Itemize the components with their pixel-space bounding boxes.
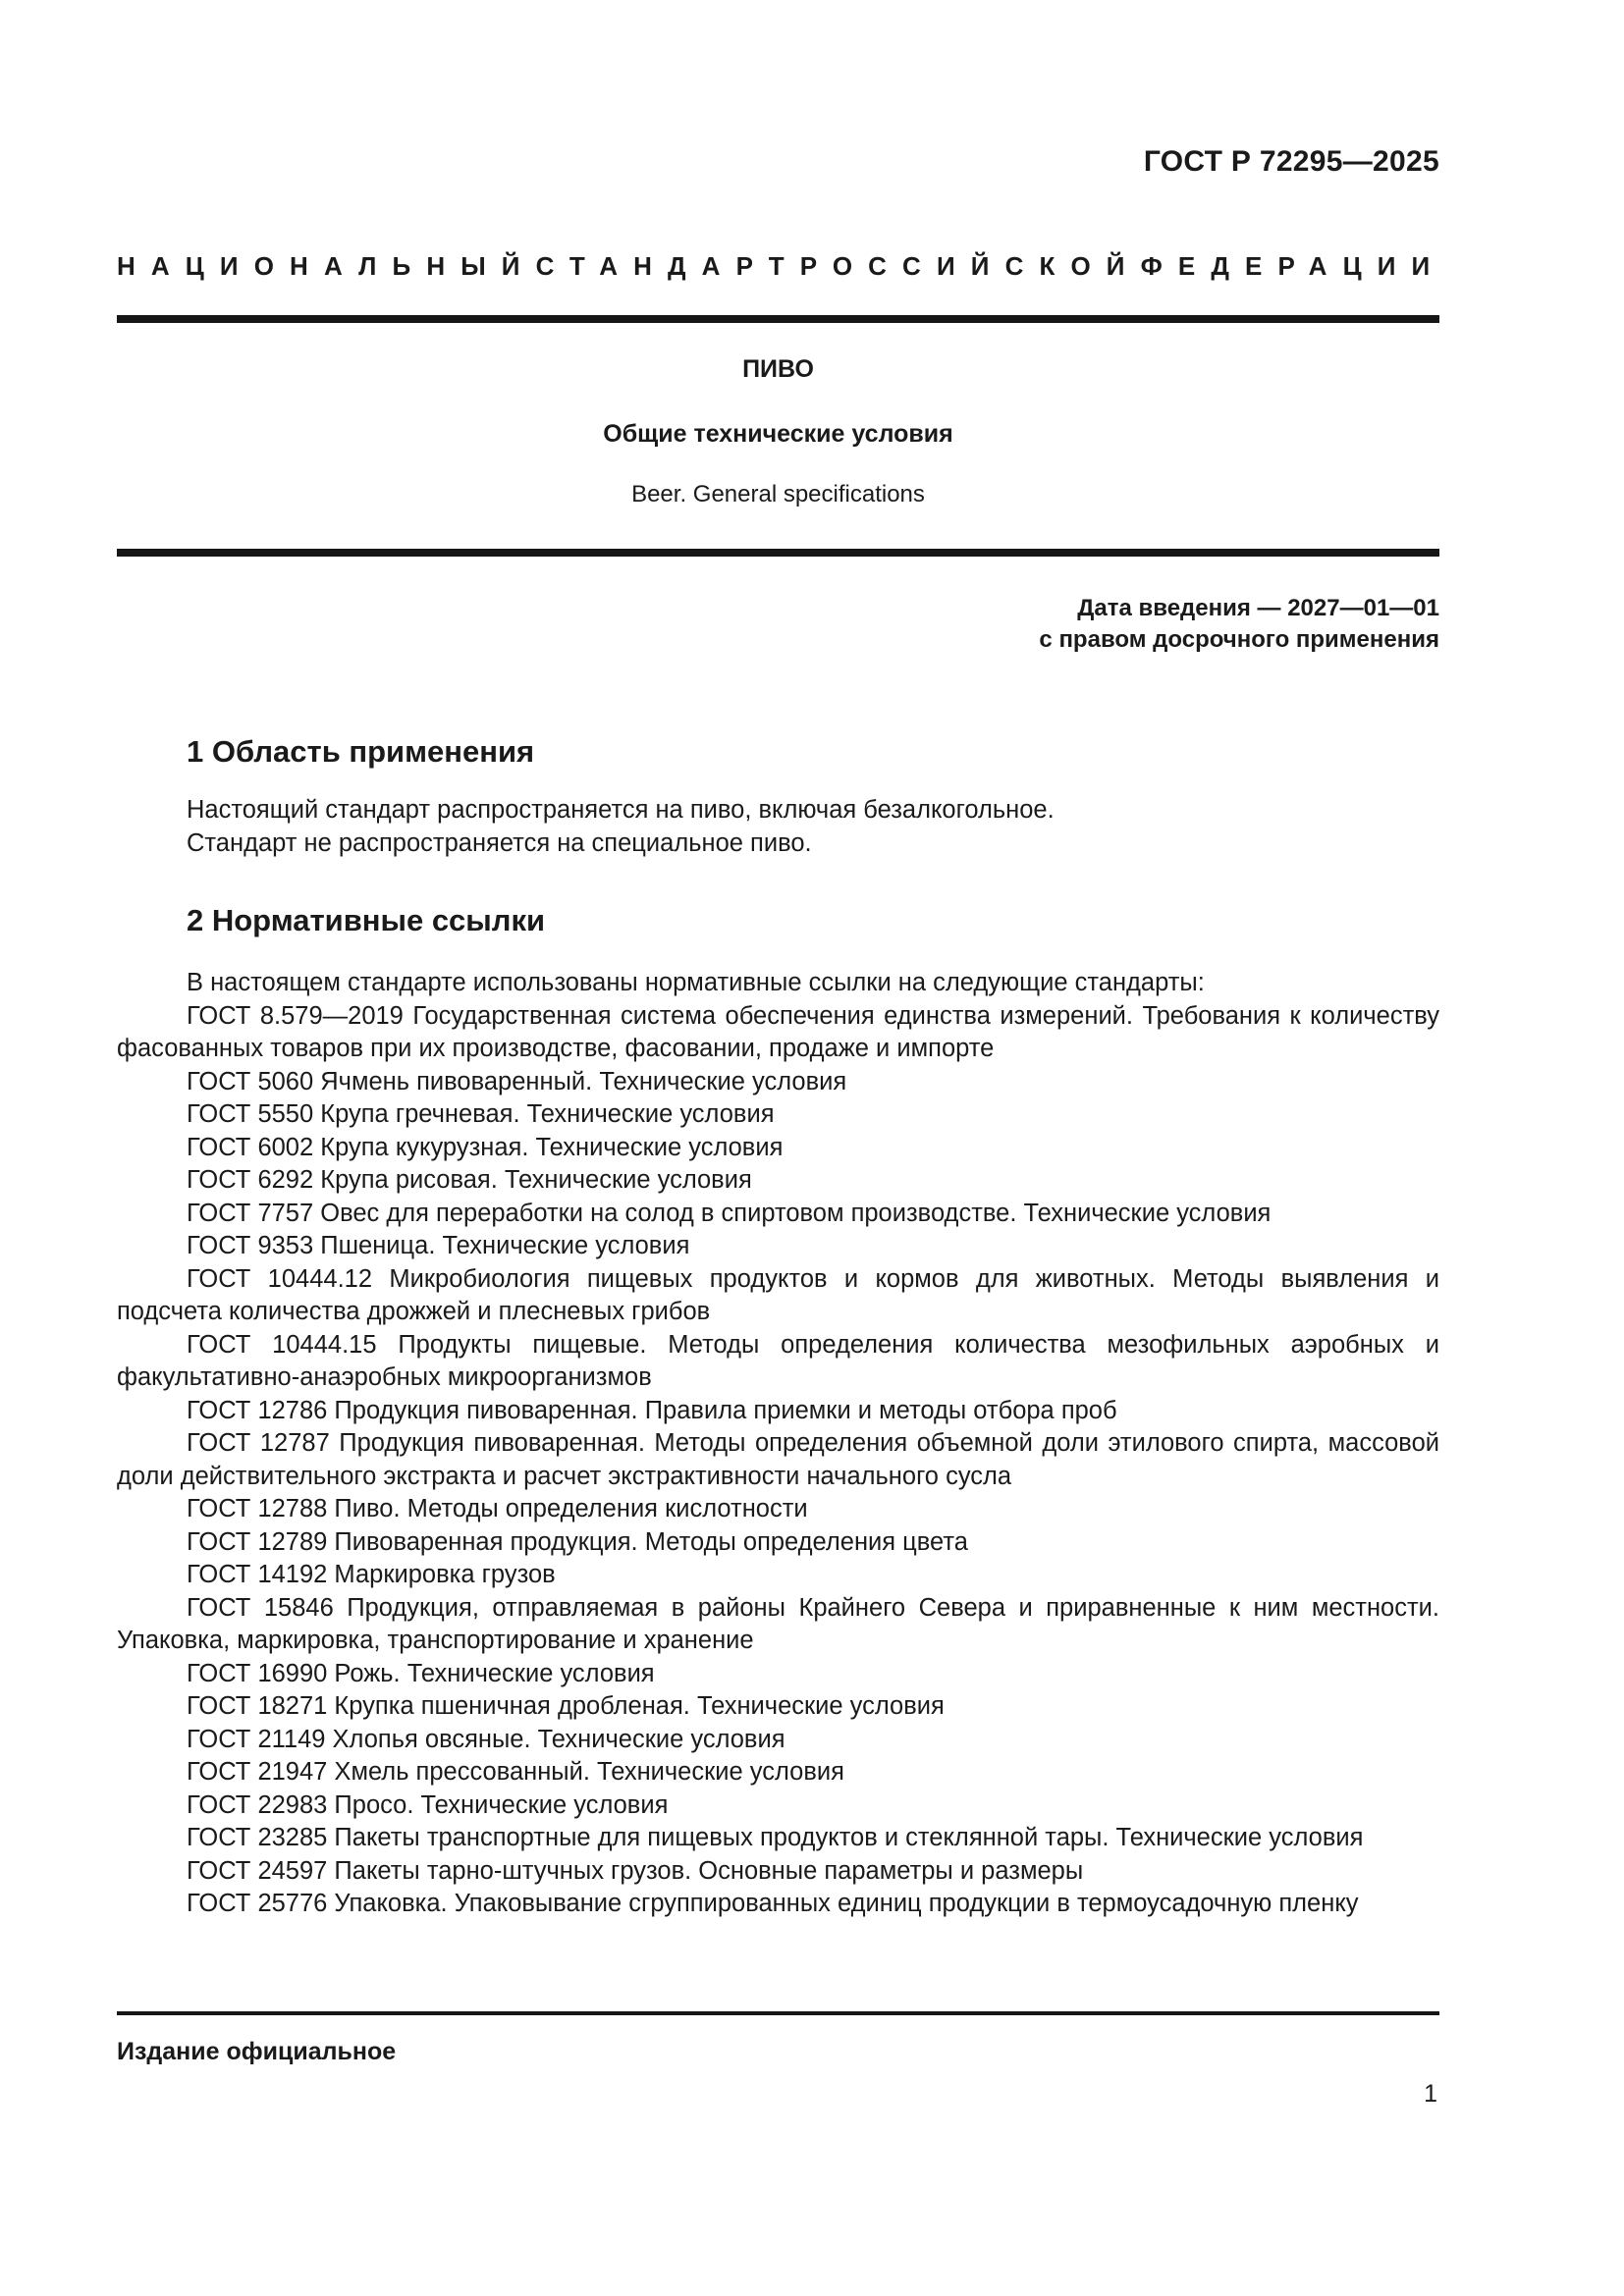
footer-divider [117, 2011, 1439, 2015]
reference-items: ГОСТ 8.579—2019 Государственная система … [117, 1000, 1439, 1921]
reference-item: ГОСТ 22983 Просо. Технические условия [117, 1789, 1439, 1823]
reference-item: ГОСТ 10444.15 Продукты пищевые. Методы о… [117, 1329, 1439, 1395]
reference-item: ГОСТ 24597 Пакеты тарно-штучных грузов. … [117, 1855, 1439, 1889]
references-intro: В настоящем стандарте использованы норма… [117, 967, 1439, 1000]
reference-item: ГОСТ 21149 Хлопья овсяные. Технические у… [117, 1724, 1439, 1757]
references-list: В настоящем стандарте использованы норма… [117, 967, 1439, 1921]
effective-date-block: Дата введения — 2027—01—01 с правом доср… [1039, 593, 1439, 656]
reference-item: ГОСТ 9353 Пшеница. Технические условия [117, 1230, 1439, 1263]
reference-item: ГОСТ 10444.12 Микробиология пищевых прод… [117, 1263, 1439, 1329]
english-title: Beer. General specifications [117, 481, 1439, 508]
standard-type-word: СТАНДАРТ [536, 251, 800, 282]
document-title: ПИВО [117, 355, 1439, 384]
early-application-note: с правом досрочного применения [1039, 624, 1439, 656]
section-heading-scope: 1 Область применения [187, 734, 534, 770]
reference-item: ГОСТ 8.579—2019 Государственная система … [117, 1000, 1439, 1066]
standard-type-line: НАЦИОНАЛЬНЫЙ СТАНДАРТ РОССИЙСКОЙ ФЕДЕРАЦ… [117, 251, 1439, 282]
document-id: ГОСТ Р 72295—2025 [1144, 145, 1439, 179]
reference-item: ГОСТ 16990 Рожь. Технические условия [117, 1658, 1439, 1691]
standard-type-word: РОССИЙСКОЙ [800, 251, 1141, 282]
reference-item: ГОСТ 15846 Продукция, отправляемая в рай… [117, 1592, 1439, 1658]
reference-item: ГОСТ 23285 Пакеты транспортные для пищев… [117, 1822, 1439, 1855]
standard-type-word: ФЕДЕРАЦИИ [1141, 251, 1446, 282]
scope-paragraph: Стандарт не распространяется на специаль… [117, 828, 1439, 861]
reference-item: ГОСТ 7757 Овес для переработки на солод … [117, 1198, 1439, 1231]
reference-item: ГОСТ 25776 Упаковка. Упаковывание сгрупп… [117, 1888, 1439, 1921]
reference-item: ГОСТ 5550 Крупа гречневая. Технические у… [117, 1098, 1439, 1132]
standard-type-word: НАЦИОНАЛЬНЫЙ [117, 251, 536, 282]
reference-item: ГОСТ 14192 Маркировка грузов [117, 1559, 1439, 1592]
reference-item: ГОСТ 12787 Продукция пивоваренная. Метод… [117, 1427, 1439, 1493]
reference-item: ГОСТ 6002 Крупа кукурузная. Технические … [117, 1132, 1439, 1165]
effective-date: Дата введения — 2027—01—01 [1039, 593, 1439, 624]
reference-item: ГОСТ 6292 Крупа рисовая. Технические усл… [117, 1164, 1439, 1198]
section-heading-normative-references: 2 Нормативные ссылки [187, 903, 545, 938]
reference-item: ГОСТ 12788 Пиво. Методы определения кисл… [117, 1493, 1439, 1526]
page-number: 1 [1424, 2080, 1437, 2109]
header-divider [117, 315, 1439, 323]
reference-item: ГОСТ 5060 Ячмень пивоваренный. Техническ… [117, 1066, 1439, 1099]
edition-label: Издание официальное [117, 2038, 396, 2066]
reference-item: ГОСТ 12789 Пивоваренная продукция. Метод… [117, 1526, 1439, 1560]
reference-item: ГОСТ 12786 Продукция пивоваренная. Прави… [117, 1395, 1439, 1428]
reference-item: ГОСТ 21947 Хмель прессованный. Техническ… [117, 1756, 1439, 1789]
document-subtitle: Общие технические условия [117, 420, 1439, 449]
reference-item: ГОСТ 18271 Крупка пшеничная дробленая. Т… [117, 1690, 1439, 1724]
scope-paragraph: Настоящий стандарт распространяется на п… [117, 794, 1439, 828]
title-divider [117, 549, 1439, 557]
scope-text: Настоящий стандарт распространяется на п… [117, 794, 1439, 860]
